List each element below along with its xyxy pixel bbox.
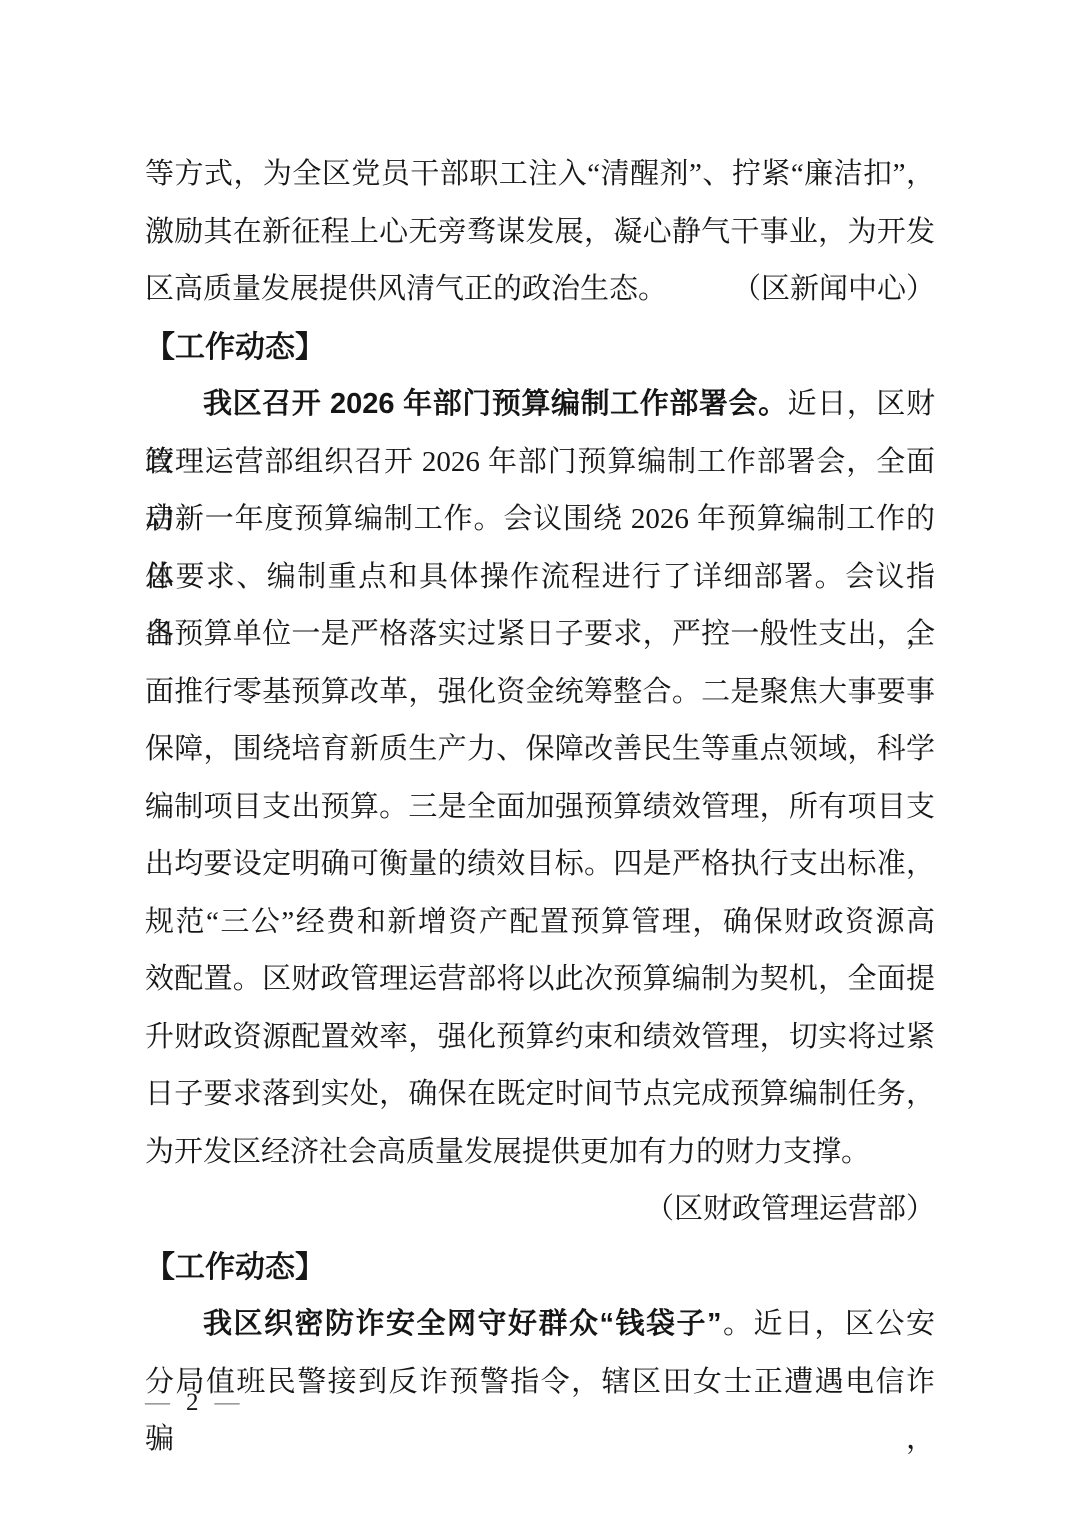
text-line: 规范“三公”经费和新增资产配置预算管理，确保财政资源高 (145, 894, 935, 952)
section-heading: 【工作动态】 (145, 319, 935, 377)
text-line: 日子要求落到实处，确保在既定时间节点完成预算编制任务， (145, 1066, 935, 1124)
line-text: 。近日，区公安 (721, 1308, 935, 1340)
text-line: 面推行零基预算改革，强化资金统筹整合。二是聚焦大事要事 (145, 664, 935, 722)
attribution-source: （区财政管理运营部） (145, 1181, 935, 1239)
text-line: 为开发区经济社会高质量发展提供更加有力的财力支撑。 (145, 1124, 935, 1182)
text-line: 区高质量发展提供风清气正的政治生态。 （区新闻中心） (145, 261, 935, 319)
page-number-value: 2 (186, 1389, 199, 1416)
text-line: 升财政资源配置效率，强化预算约束和绩效管理，切实将过紧 (145, 1009, 935, 1067)
text-line: 体要求、编制重点和具体操作流程进行了详细部署。会议指出， (145, 549, 935, 607)
text-line: 分局值班民警接到反诈预警指令，辖区田女士正遭遇电信诈骗， (145, 1354, 935, 1412)
lead-bold-text: 我区召开 2026 年部门预算编制工作部署会。 (203, 388, 788, 420)
document-page: 等方式，为全区党员干部职工注入“清醒剂”、拧紧“廉洁扣”， 激励其在新征程上心无… (0, 0, 1074, 1520)
page-number-dash-left: — (145, 1389, 170, 1416)
text-line: 我区召开 2026 年部门预算编制工作部署会。近日，区财政 (145, 376, 935, 434)
text-line: 动新一年度预算编制工作。会议围绕 2026 年预算编制工作的总 (145, 491, 935, 549)
text-line: 出均要设定明确可衡量的绩效目标。四是严格执行支出标准， (145, 836, 935, 894)
text-line: 各预算单位一是严格落实过紧日子要求，严控一般性支出，全 (145, 606, 935, 664)
page-content: 等方式，为全区党员干部职工注入“清醒剂”、拧紧“廉洁扣”， 激励其在新征程上心无… (145, 146, 935, 1411)
text-line: 我区织密防诈安全网守好群众“钱袋子”。近日，区公安 (145, 1296, 935, 1354)
text-line: 管理运营部组织召开 2026 年部门预算编制工作部署会，全面启 (145, 434, 935, 492)
lead-bold-text: 我区织密防诈安全网守好群众“钱袋子” (203, 1308, 721, 1340)
text-line: 激励其在新征程上心无旁骛谋发展，凝心静气干事业，为开发 (145, 204, 935, 262)
page-number: —2— (145, 1386, 240, 1420)
line-text: 区高质量发展提供风清气正的政治生态。 (145, 261, 667, 319)
text-line: 保障，围绕培育新质生产力、保障改善民生等重点领域，科学 (145, 721, 935, 779)
section-heading: 【工作动态】 (145, 1239, 935, 1297)
page-number-dash-right: — (215, 1389, 240, 1416)
text-line: 等方式，为全区党员干部职工注入“清醒剂”、拧紧“廉洁扣”， (145, 146, 935, 204)
text-line: 编制项目支出预算。三是全面加强预算绩效管理，所有项目支 (145, 779, 935, 837)
attribution-source: （区新闻中心） (732, 261, 935, 319)
text-line: 效配置。区财政管理运营部将以此次预算编制为契机，全面提 (145, 951, 935, 1009)
